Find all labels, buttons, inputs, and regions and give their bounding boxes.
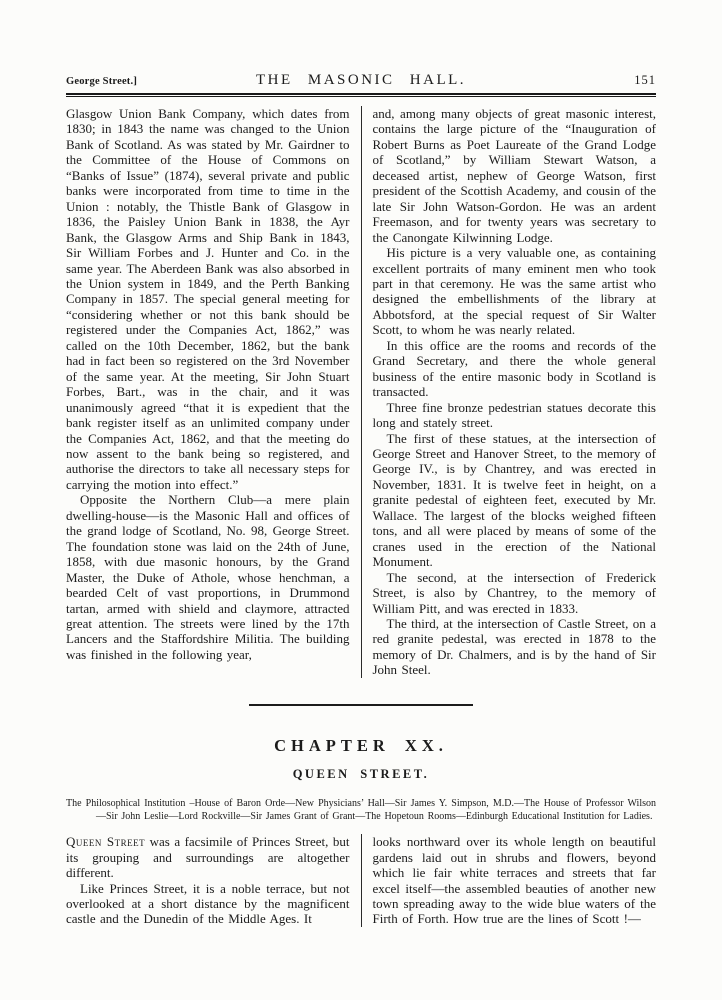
paragraph: and, among many objects of great masonic… [373,106,657,245]
chapter-heading: CHAPTER XX. [66,736,656,756]
masonic-hall-section: Glasgow Union Bank Company, which dates … [66,106,656,678]
left-column: Queen Street was a facsimile of Princes … [66,834,361,927]
paragraph: looks northward over its whole length on… [373,834,657,927]
page-number: 151 [526,73,656,88]
right-column: looks northward over its whole length on… [362,834,657,927]
paragraph: The first of these statues, at the inter… [373,431,657,570]
paragraph: Queen Street was a facsimile of Princes … [66,834,350,880]
queen-street-section: Queen Street was a facsimile of Princes … [66,834,656,927]
lead-small-caps: Queen Street [66,834,145,849]
paragraph: Glasgow Union Bank Company, which dates … [66,106,350,492]
header-rule [66,93,656,97]
page-title: THE MASONIC HALL. [196,72,526,89]
book-page: George Street.] THE MASONIC HALL. 151 Gl… [0,0,722,1000]
chapter-subheading: QUEEN STREET. [66,767,656,782]
paragraph: His picture is a very valuable one, as c… [373,245,657,338]
paragraph: The third, at the intersection of Castle… [373,616,657,678]
running-head: George Street.] THE MASONIC HALL. 151 [66,72,656,88]
paragraph: In this office are the rooms and records… [373,338,657,400]
paragraph: Like Princes Street, it is a noble terra… [66,881,350,927]
chapter-synopsis: The Philosophical Institution –House of … [66,797,656,823]
section-divider-rule [249,704,473,706]
left-column: Glasgow Union Bank Company, which dates … [66,106,361,678]
paragraph: The second, at the intersection of Frede… [373,570,657,616]
running-head-left: George Street.] [66,76,196,87]
right-column: and, among many objects of great masonic… [362,106,657,678]
paragraph: Opposite the Northern Club—a mere plain … [66,492,350,662]
paragraph: Three fine bronze pedestrian statues dec… [373,400,657,431]
